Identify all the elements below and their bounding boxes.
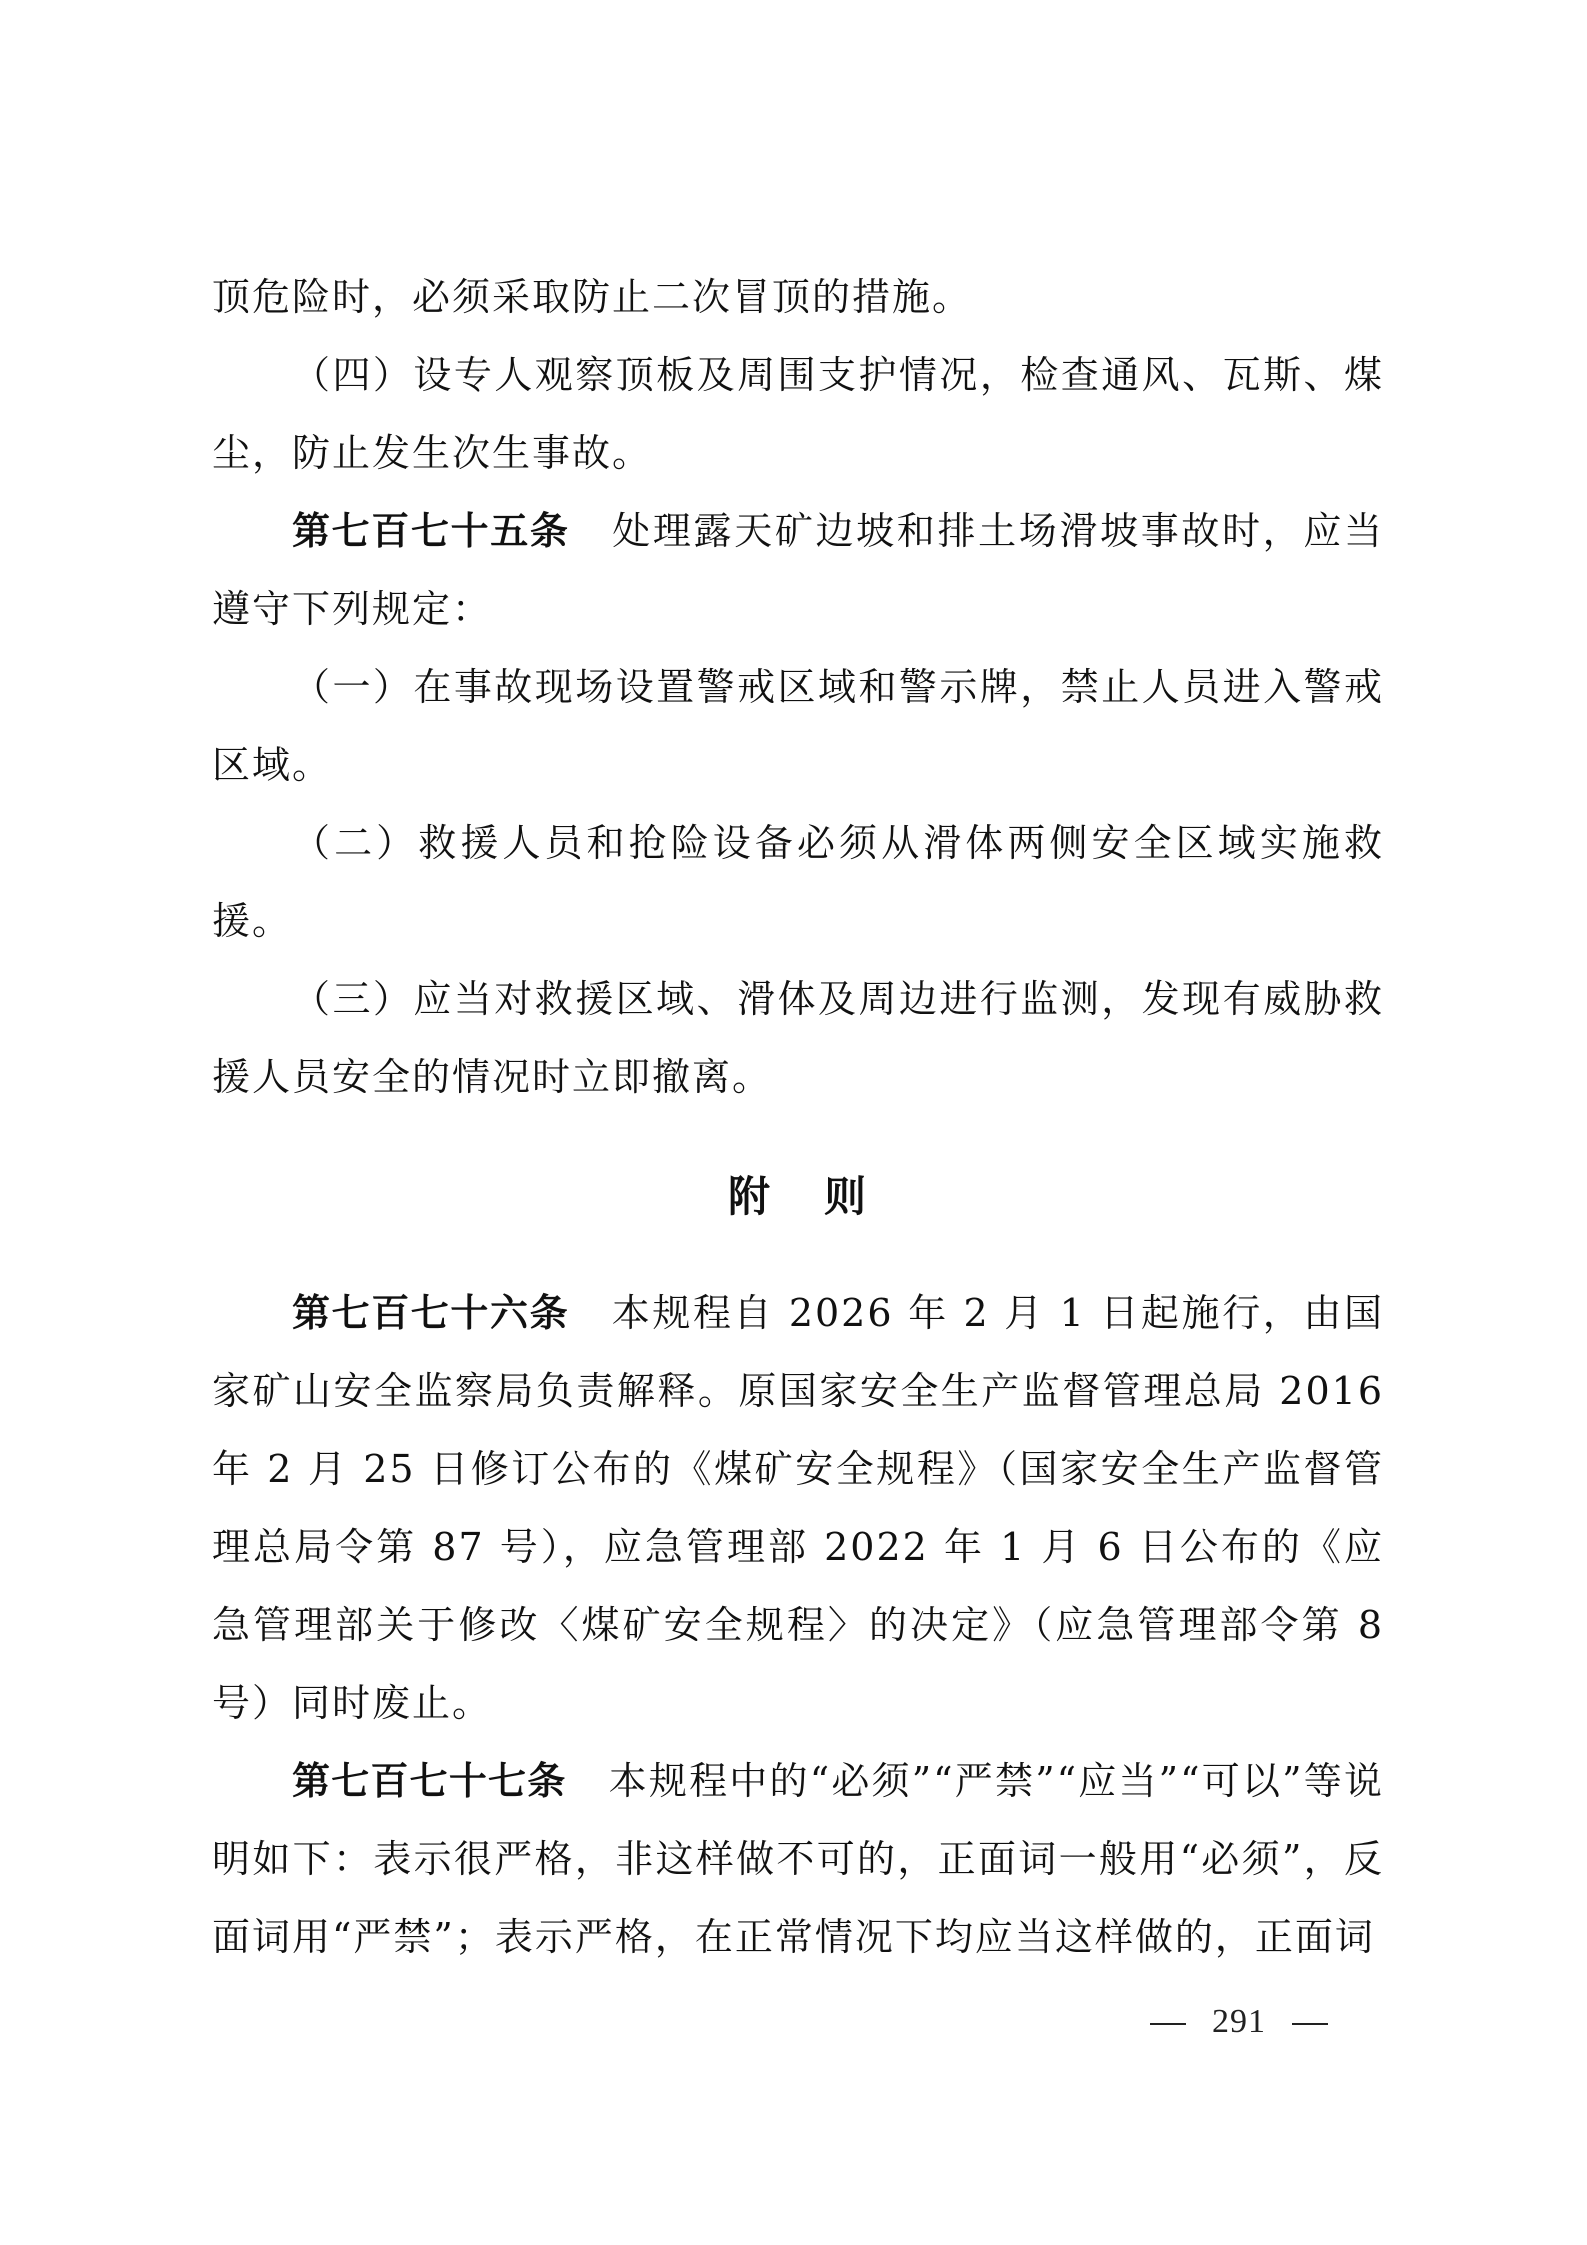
article-777-label: 第七百七十七条 (292, 1759, 566, 1803)
section-title-char-1: 附 (728, 1172, 772, 1221)
document-page: 顶危险时，必须采取防止二次冒顶的措施。 （四）设专人观察顶板及周围支护情况，检查… (212, 258, 1384, 1976)
article-776-text: 本规程自 2026 年 2 月 1 日起施行，由国家矿山安全监察局负责解释。原国… (212, 1291, 1384, 1725)
page-number-dash-left (1150, 2023, 1186, 2025)
paragraph-continuation: 顶危险时，必须采取防止二次冒顶的措施。 (212, 258, 1384, 336)
section-title-char-2: 则 (824, 1172, 868, 1221)
article-775-item-3: （三）应当对救援区域、滑体及周边进行监测，发现有威胁救援人员安全的情况时立即撤离… (212, 960, 1384, 1116)
page-number-dash-right (1292, 2023, 1328, 2025)
article-775: 第七百七十五条处理露天矿边坡和排土场滑坡事故时，应当遵守下列规定： (212, 492, 1384, 648)
article-776: 第七百七十六条本规程自 2026 年 2 月 1 日起施行，由国家矿山安全监察局… (212, 1274, 1384, 1742)
article-775-item-2: （二）救援人员和抢险设备必须从滑体两侧安全区域实施救援。 (212, 804, 1384, 960)
paragraph-item-4: （四）设专人观察顶板及周围支护情况，检查通风、瓦斯、煤尘，防止发生次生事故。 (212, 336, 1384, 492)
article-776-label: 第七百七十六条 (292, 1291, 569, 1335)
article-775-item-1: （一）在事故现场设置警戒区域和警示牌，禁止人员进入警戒区域。 (212, 648, 1384, 804)
section-title-supplementary-provisions: 附则 (212, 1158, 1384, 1236)
page-number: 291 (1150, 2003, 1328, 2041)
page-number-value: 291 (1212, 2003, 1266, 2041)
article-775-label: 第七百七十五条 (292, 509, 570, 553)
article-777: 第七百七十七条本规程中的“必须”“严禁”“应当”“可以”等说明如下：表示很严格，… (212, 1742, 1384, 1976)
